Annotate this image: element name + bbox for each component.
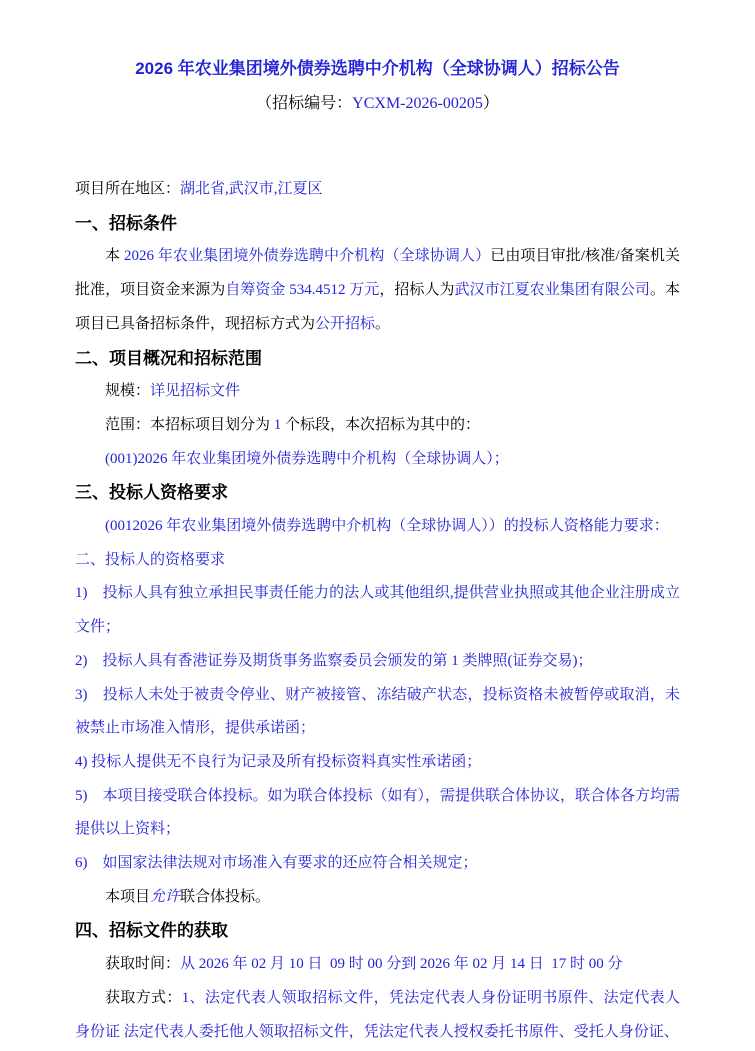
document-title: 2026 年农业集团境外债券选聘中介机构（全球协调人）招标公告	[0, 0, 755, 81]
range-line: 范围：本招标项目划分为 1 个标段，本次招标为其中的：	[75, 409, 680, 443]
consortium-tail-text: 联合体投标。	[180, 889, 270, 905]
project-location-line: 项目所在地区：湖北省,武汉市,江夏区	[75, 173, 680, 207]
tenderee-lead-text: ，招标人为	[379, 282, 454, 298]
qualification-intro: (0012026 年农业集团境外债券选聘中介机构（全球协调人））的投标人资格能力…	[75, 510, 680, 544]
qualification-item-4: 4) 投标人提供无不良行为记录及所有投标资料真实性承诺函；	[75, 746, 680, 780]
lot-line: (001)2026 年农业集团境外债券选聘中介机构（全球协调人）；	[75, 443, 680, 477]
project-name: 2026 年农业集团境外债券选聘中介机构（全球协调人）	[124, 248, 490, 264]
section-heading-document-acquisition: 四、招标文件的获取	[75, 914, 680, 948]
tender-number-prefix: （招标编号：	[256, 95, 352, 112]
tenderee-name: 武汉市江夏农业集团有限公司	[455, 282, 650, 298]
acquisition-method-label: 获取方式：	[105, 990, 182, 1006]
section-heading-project-overview: 二、项目概况和招标范围	[75, 342, 680, 376]
qualification-item-3: 3) 投标人未处于被责令停业、财产被接管、冻结破产状态，投标资格未被暂停或取消，…	[75, 679, 680, 746]
range-label-text: 范围：本招标项目划分为	[105, 417, 274, 433]
acquisition-time-value: 从 2026 年 02 月 10 日 09 时 00 分到 2026 年 02 …	[180, 956, 623, 972]
consortium-line: 本项目允许联合体投标。	[75, 881, 680, 915]
qualification-subheading: 二、投标人的资格要求	[75, 544, 680, 578]
consortium-lead-text: 本项目	[105, 889, 150, 905]
acquisition-time-line: 获取时间：从 2026 年 02 月 10 日 09 时 00 分到 2026 …	[75, 948, 680, 982]
acquisition-method-line: 获取方式：1、法定代表人领取招标文件，凭法定代表人身份证明书原件、法定代表人身份…	[75, 982, 680, 1049]
document-body: 项目所在地区：湖北省,武汉市,江夏区 一、招标条件 本 2026 年农业集团境外…	[75, 173, 680, 1049]
section-heading-tender-conditions: 一、招标条件	[75, 207, 680, 241]
tender-number-suffix: ）	[483, 95, 499, 112]
project-location-label: 项目所在地区：	[75, 181, 180, 197]
acquisition-time-label: 获取时间：	[105, 956, 180, 972]
tender-method: 公开招标	[315, 316, 375, 332]
qualification-item-1: 1) 投标人具有独立承担民事责任能力的法人或其他组织,提供营业执照或其他企业注册…	[75, 577, 680, 644]
tender-number: YCXM-2026-00205	[352, 95, 483, 112]
conditions-text-end: 。	[375, 316, 390, 332]
scale-value: 详见招标文件	[150, 383, 240, 399]
funding-source: 自筹资金 534.4512 万元	[225, 282, 379, 298]
project-location-value: 湖北省,武汉市,江夏区	[180, 181, 323, 197]
section-heading-bidder-qualification: 三、投标人资格要求	[75, 476, 680, 510]
consortium-allowed-value: 允许	[150, 889, 180, 905]
range-tail-text: 个标段，本次招标为其中的：	[281, 417, 480, 433]
tender-conditions-paragraph: 本 2026 年农业集团境外债券选聘中介机构（全球协调人）已由项目审批/核准/备…	[75, 240, 680, 341]
scale-label: 规模：	[105, 383, 150, 399]
conditions-text-lead: 本	[105, 248, 124, 264]
qualification-item-6: 6) 如国家法律法规对市场准入有要求的还应符合相关规定；	[75, 847, 680, 881]
scale-line: 规模：详见招标文件	[75, 375, 680, 409]
tender-number-line: （招标编号：YCXM-2026-00205）	[0, 93, 755, 115]
qualification-item-5: 5) 本项目接受联合体投标。如为联合体投标（如有），需提供联合体协议，联合体各方…	[75, 780, 680, 847]
tender-announcement-page: 2026 年农业集团境外债券选聘中介机构（全球协调人）招标公告 （招标编号：YC…	[0, 0, 755, 1051]
qualification-item-2: 2) 投标人具有香港证券及期货事务监察委员会颁发的第 1 类牌照(证券交易)；	[75, 645, 680, 679]
